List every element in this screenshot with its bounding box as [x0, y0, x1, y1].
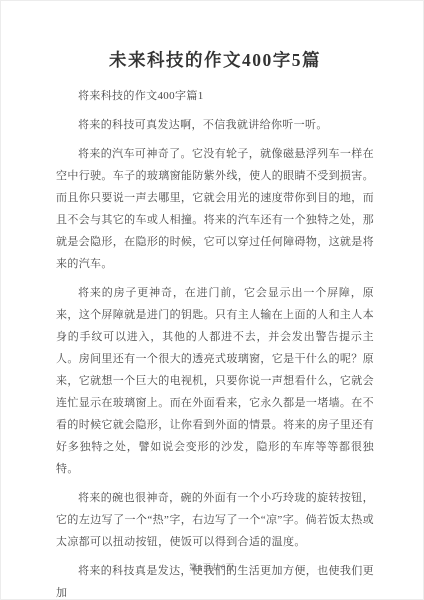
essay-subtitle: 将来科技的作文400字篇1 — [56, 86, 374, 106]
essay-paragraph-4: 将来的碗也很神奇，碗的外面有一个小巧玲珑的旋转按钮，它的左边写了一个“热”字，右… — [56, 487, 374, 553]
document-page: 未来科技的作文400字5篇 将来科技的作文400字篇1 将来的科技可真发达啊，不… — [0, 0, 424, 600]
page-number: 第1页共6页 — [1, 562, 423, 573]
essay-paragraph-2: 将来的汽车可神奇了。它没有轮子，就像磁悬浮列车一样在空中行驶。车子的玻璃窗能防紫… — [56, 143, 374, 275]
page-title: 未来科技的作文400字5篇 — [56, 48, 374, 72]
essay-paragraph-3: 将来的房子更神奇，在进门前，它会显示出一个屏障，原来，这个屏障就是进门的钥匙。只… — [56, 282, 374, 480]
essay-paragraph-1: 将来的科技可真发达啊，不信我就讲给你听一听。 — [56, 114, 374, 136]
